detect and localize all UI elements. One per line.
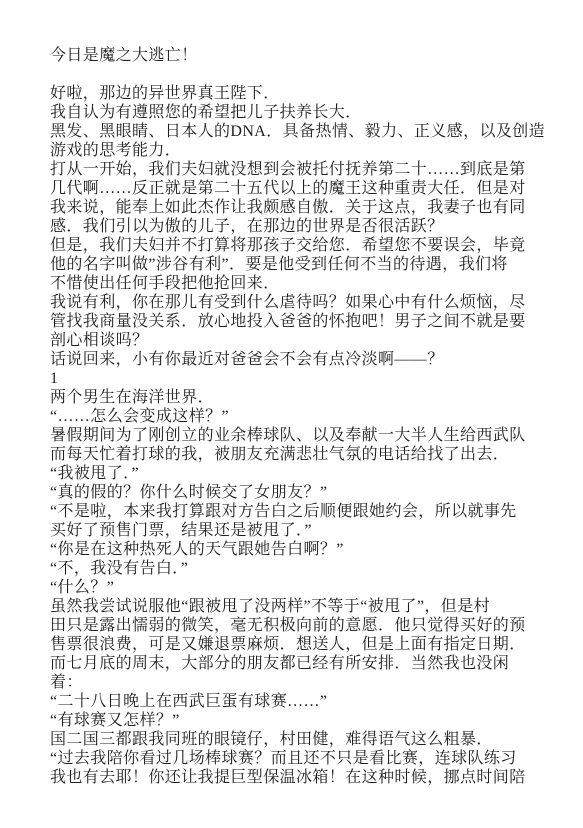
text-line: 而七月底的周末，大部分的朋友都已经有所安排．当然我也没闲 — [50, 654, 540, 673]
text-line: 买好了预售门票，结果还是被甩了．” — [50, 521, 540, 540]
text-line: 国二国三都跟我同班的眼镜仔，村田健，难得语气这么粗暴． — [50, 730, 540, 749]
text-line — [50, 65, 540, 84]
text-line: “你是在这种热死人的天气跟她告白啊？” — [50, 540, 540, 559]
text-line: 我自认为有遵照您的希望把儿子扶养长大． — [50, 103, 540, 122]
text-line: “有球赛又怎样？” — [50, 711, 540, 730]
text-line: “不是啦，本来我打算跟对方告白之后顺便跟她约会，所以就事先 — [50, 502, 540, 521]
text-line: 售票很浪费，可是又嫌退票麻烦．想送人，但是上面有指定日期． — [50, 635, 540, 654]
text-line: 我也有去耶！你还让我提巨型保温冰箱！在这种时候，挪点时间陪 — [50, 768, 540, 787]
text-line: “不，我没有告白．” — [50, 559, 540, 578]
text-line: 黑发、黑眼睛、日本人的DNA．具备热情、毅力、正义感，以及创造 — [50, 122, 540, 141]
text-line: 感．我们引以为傲的儿子，在那边的世界是否很活跃？ — [50, 217, 540, 236]
text-line: 而每天忙着打球的我，被朋友充满悲壮气氛的电话给找了出去． — [50, 445, 540, 464]
text-line: “二十八日晚上在西武巨蛋有球赛……” — [50, 692, 540, 711]
text-line: 打从一开始，我们夫妇就没想到会被托付抚养第二十……到底是第 — [50, 160, 540, 179]
text-line: “……怎么会变成这样？” — [50, 407, 540, 426]
text-line: “过去我陪你看过几场棒球赛？而且还不只是看比赛，连球队练习 — [50, 749, 540, 768]
text-line: 剖心相谈吗？ — [50, 331, 540, 350]
text-line: “我被甩了．” — [50, 464, 540, 483]
text-line: 不惜使出任何手段把他抢回来． — [50, 274, 540, 293]
text-line: 暑假期间为了刚创立的业余棒球队、以及奉献一大半人生给西武队 — [50, 426, 540, 445]
text-line: 两个男生在海洋世界． — [50, 388, 540, 407]
text-line: 1 — [50, 369, 540, 388]
text-line: 但是，我们夫妇并不打算将那孩子交给您．希望您不要误会，毕竟 — [50, 236, 540, 255]
text-line: 管找我商量没关系．放心地投入爸爸的怀抱吧！男子之间不就是要 — [50, 312, 540, 331]
text-line: 我说有利，你在那儿有受到什么虐待吗？如果心中有什么烦恼，尽 — [50, 293, 540, 312]
text-line: 话说回来，小有你最近对爸爸会不会有点冷淡啊——？ — [50, 350, 540, 369]
text-line: 今日是魔之大逃亡！ — [50, 46, 540, 65]
text-line: “什么？” — [50, 578, 540, 597]
text-line: 着： — [50, 673, 540, 692]
text-line: 他的名字叫做”涉谷有利”．要是他受到任何不当的待遇，我们将 — [50, 255, 540, 274]
text-line: 游戏的思考能力． — [50, 141, 540, 160]
page-text: 今日是魔之大逃亡！ 好啦，那边的异世界真王陛下．我自认为有遵照您的希望把儿子扶养… — [50, 46, 540, 787]
text-line: 我来说，能奉上如此杰作让我颇感自傲．关于这点，我妻子也有同 — [50, 198, 540, 217]
text-line: “真的假的？你什么时候交了女朋友？” — [50, 483, 540, 502]
text-line: 几代啊……反正就是第二十五代以上的魔王这种重责大任．但是对 — [50, 179, 540, 198]
text-line: 田只是露出懦弱的微笑，毫无积极向前的意愿．他只觉得买好的预 — [50, 616, 540, 635]
document-page: 今日是魔之大逃亡！ 好啦，那边的异世界真王陛下．我自认为有遵照您的希望把儿子扶养… — [0, 0, 583, 828]
text-line: 好啦，那边的异世界真王陛下． — [50, 84, 540, 103]
text-line: 虽然我尝试说服他“跟被甩了没两样”不等于“被甩了”，但是村 — [50, 597, 540, 616]
